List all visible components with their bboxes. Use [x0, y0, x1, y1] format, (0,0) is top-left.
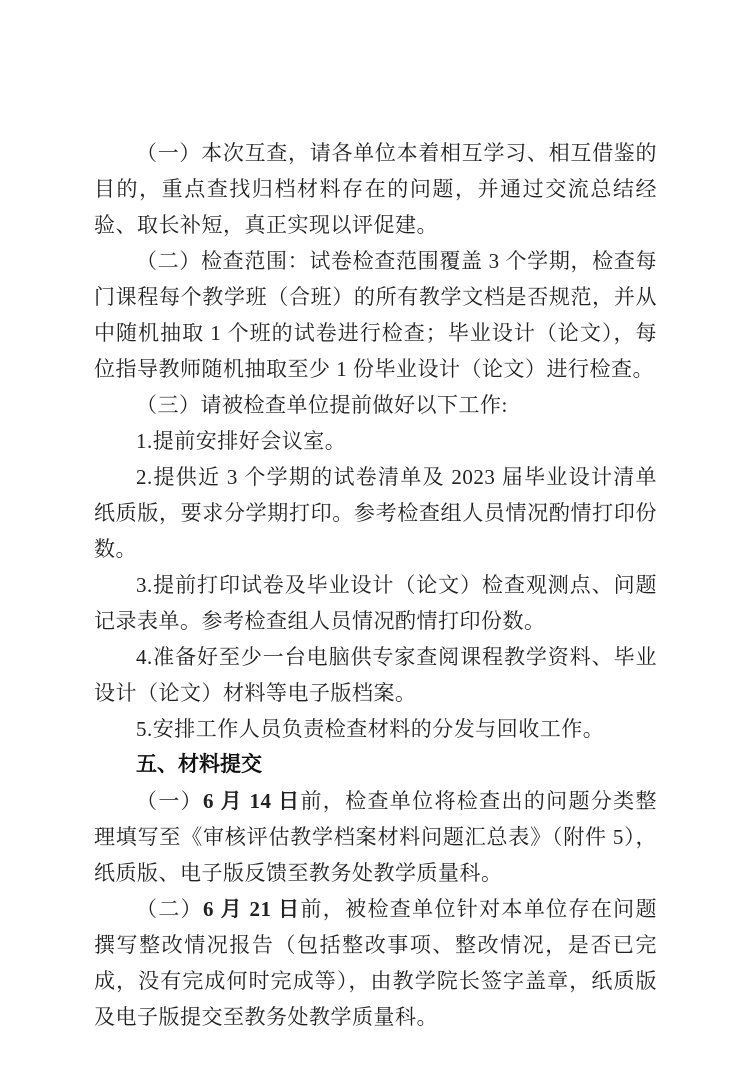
- deadline-june21-date: 6 月 21 日: [203, 897, 300, 921]
- deadline-june14-date: 6 月 14 日: [203, 789, 300, 813]
- paragraph-check-scope: （二）检查范围：试卷检查范围覆盖 3 个学期，检查每门课程每个教学班（合班）的所…: [94, 243, 657, 387]
- prep-item-exam-lists: 2.提供近 3 个学期的试卷清单及 2023 届毕业设计清单纸质版，要求分学期打…: [94, 459, 657, 567]
- prep-item-computer: 4.准备好至少一台电脑供专家查阅课程教学资料、毕业设计（论文）材料等电子版档案。: [94, 639, 657, 711]
- document-page: （一）本次互查，请各单位本着相互学习、相互借鉴的目的，重点查找归档材料存在的问题…: [0, 0, 752, 1068]
- prep-item-staff: 5.安排工作人员负责检查材料的分发与回收工作。: [94, 711, 657, 747]
- paragraph-mutual-learning: （一）本次互查，请各单位本着相互学习、相互借鉴的目的，重点查找归档材料存在的问题…: [94, 135, 657, 243]
- paragraph-deadline-june21: （二）6 月 21 日前，被检查单位针对本单位存在问题撰写整改情况报告（包括整改…: [94, 891, 657, 1035]
- prep-item-print-forms: 3.提前打印试卷及毕业设计（论文）检查观测点、问题记录表单。参考检查组人员情况酌…: [94, 567, 657, 639]
- deadline-june14-prefix: （一）: [136, 789, 203, 813]
- section-heading-material-submission: 五、材料提交: [94, 747, 657, 783]
- prep-item-meeting-room: 1.提前安排好会议室。: [94, 423, 657, 459]
- paragraph-deadline-june14: （一）6 月 14 日前，检查单位将检查出的问题分类整理填写至《审核评估教学档案…: [94, 783, 657, 891]
- paragraph-preparation-intro: （三）请被检查单位提前做好以下工作:: [94, 387, 657, 423]
- deadline-june21-prefix: （二）: [136, 897, 203, 921]
